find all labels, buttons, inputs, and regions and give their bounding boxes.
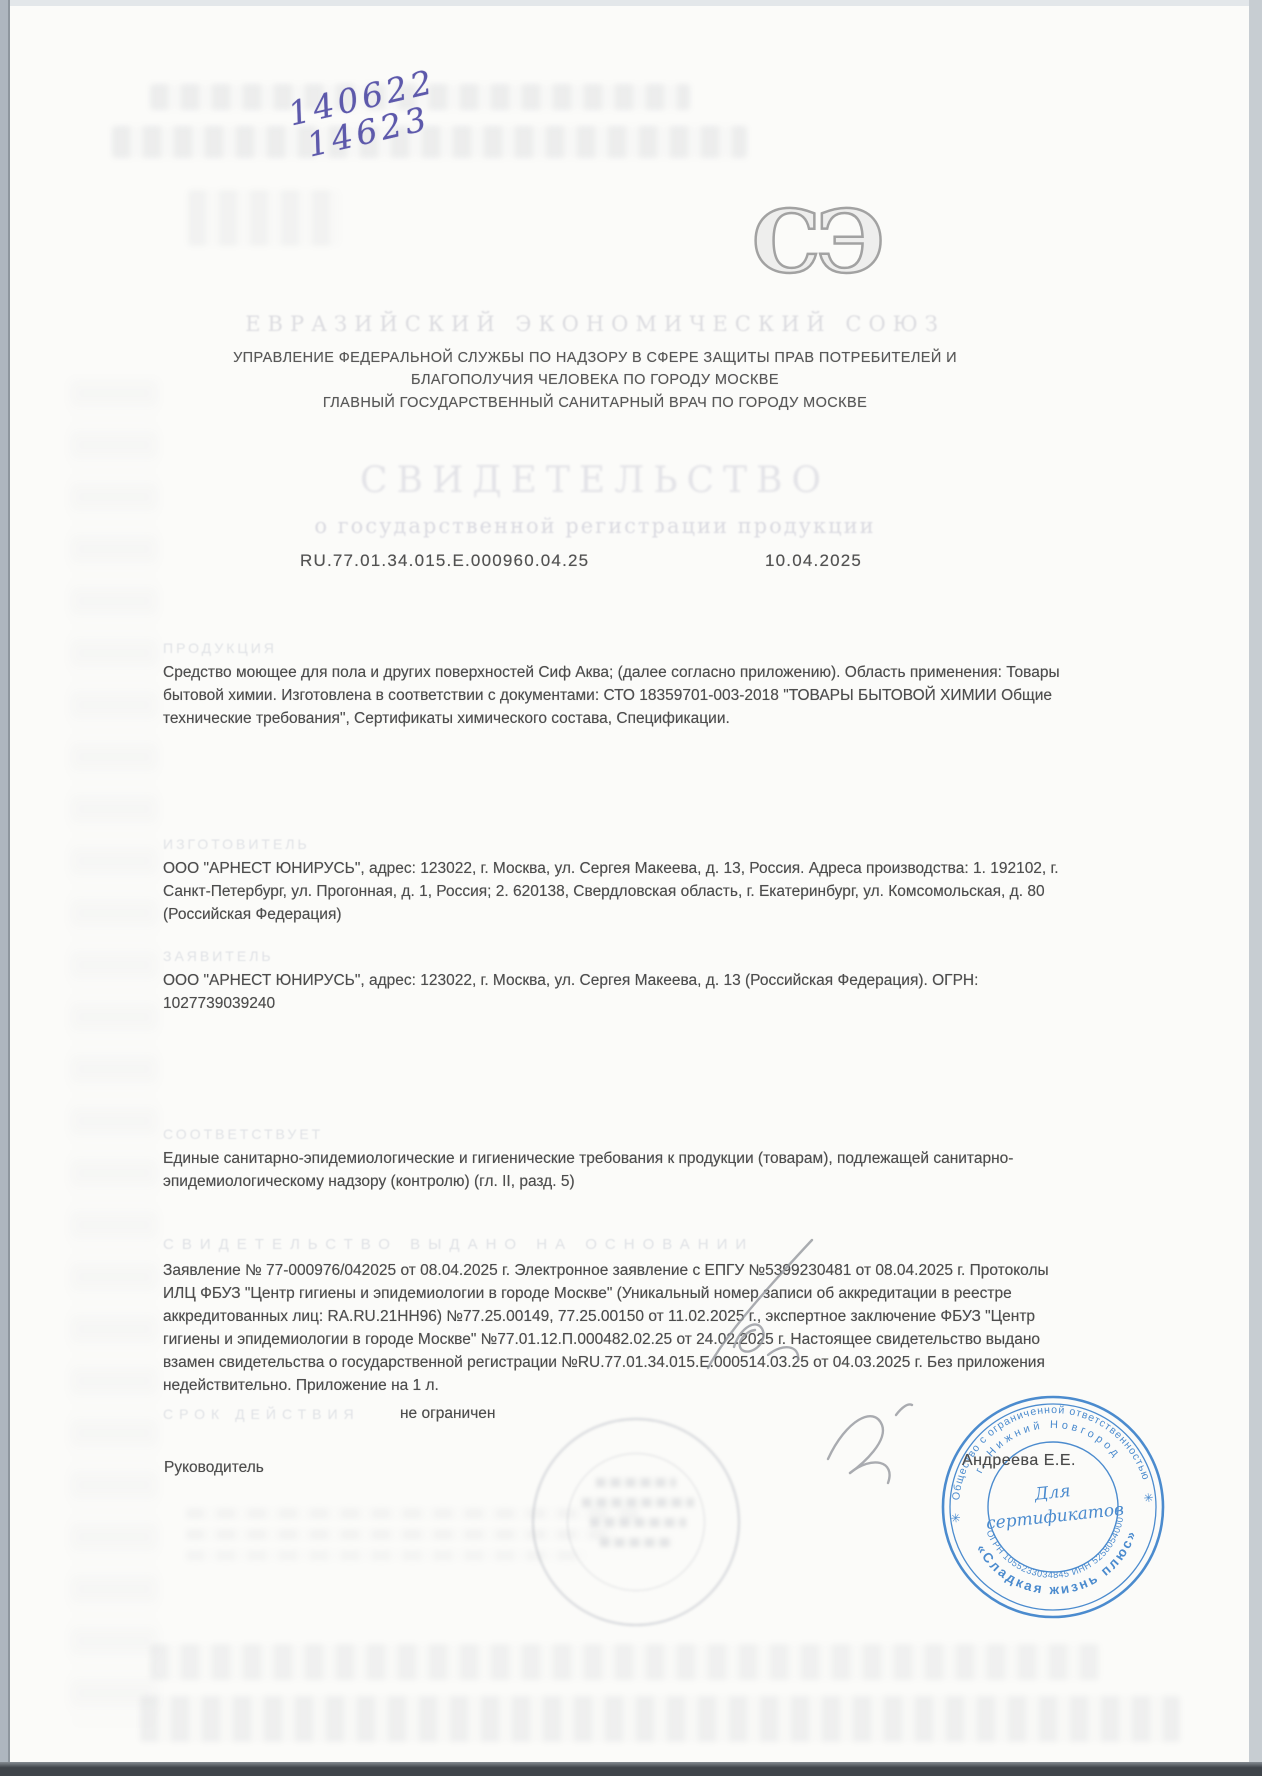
union-title: ЕВРАЗИЙСКИЙ ЭКОНОМИЧЕСКИЙ СОЮЗ <box>245 312 945 336</box>
se-emblem: СЭ <box>752 192 881 293</box>
compliance-section-heading: СООТВЕТСТВУЕТ <box>163 1126 323 1142</box>
authority-line-1: УПРАВЛЕНИЕ ФЕДЕРАЛЬНОЙ СЛУЖБЫ ПО НАДЗОРУ… <box>200 347 990 391</box>
applicant-section-heading: ЗАЯВИТЕЛЬ <box>163 948 274 964</box>
scanned-certificate-page: 140622 14623 СЭ ЕВРАЗИЙСКИЙ ЭКОНОМИЧЕСКИ… <box>0 0 1262 1776</box>
applicant-description: ООО "АРНЕСТ ЮНИРУСЬ", адрес: 123022, г. … <box>163 969 1068 1015</box>
validity-section-heading: СРОК ДЕЙСТВИЯ <box>163 1406 360 1422</box>
signer-name: Андреева Е.Е. <box>962 1452 1076 1470</box>
ghost-watermark-topleft <box>188 190 340 246</box>
ghost-role-line-3 <box>186 1550 586 1561</box>
validity-value: не ограничен <box>400 1405 495 1423</box>
registration-date: 10.04.2025 <box>765 551 862 571</box>
product-section-heading: ПРОДУКЦИЯ <box>163 640 277 656</box>
union-title-row: ЕВРАЗИЙСКИЙ ЭКОНОМИЧЕСКИЙ СОЮЗ <box>150 312 1040 336</box>
ghost-imprint-bottom-1 <box>150 1644 1100 1680</box>
ghost-imprint-bottom-2 <box>140 1696 1180 1742</box>
doc-title-row: СВИДЕТЕЛЬСТВО <box>150 460 1040 501</box>
scan-edge-bottom <box>0 1762 1262 1776</box>
authority-line-2: ГЛАВНЫЙ ГОСУДАРСТВЕННЫЙ САНИТАРНЫЙ ВРАЧ … <box>150 392 1040 414</box>
stamp-center-line2: сертификатов <box>985 1500 1125 1534</box>
doc-title: СВИДЕТЕЛЬСТВО <box>360 460 830 501</box>
manufacturer-description: ООО "АРНЕСТ ЮНИРУСЬ", адрес: 123022, г. … <box>163 857 1068 926</box>
signature-strokes <box>650 1215 940 1505</box>
manufacturer-section-heading: ИЗГОТОВИТЕЛЬ <box>163 836 310 852</box>
registration-number: RU.77.01.34.015.E.000960.04.25 <box>300 551 589 571</box>
stamp-star-right: ✳ <box>1143 1490 1154 1505</box>
scan-edge-left <box>0 0 10 1776</box>
signer-role: Руководитель <box>164 1456 264 1479</box>
ghost-left-border-pattern <box>70 380 158 1730</box>
stamp-center-line1: Для <box>1033 1481 1072 1505</box>
doc-subtitle-row: о государственной регистрации продукции <box>150 514 1040 538</box>
doc-subtitle: о государственной регистрации продукции <box>314 514 875 538</box>
compliance-description: Единые санитарно-эпидемиологические и ги… <box>163 1147 1068 1193</box>
blue-round-stamp: Общество с ограниченной ответственностью… <box>929 1383 1177 1631</box>
scan-edge-top <box>0 0 1262 6</box>
scan-edge-right <box>1249 0 1262 1776</box>
product-description: Средство моющее для пола и других поверх… <box>163 661 1068 730</box>
stamp-star-left: ✳ <box>950 1511 961 1526</box>
